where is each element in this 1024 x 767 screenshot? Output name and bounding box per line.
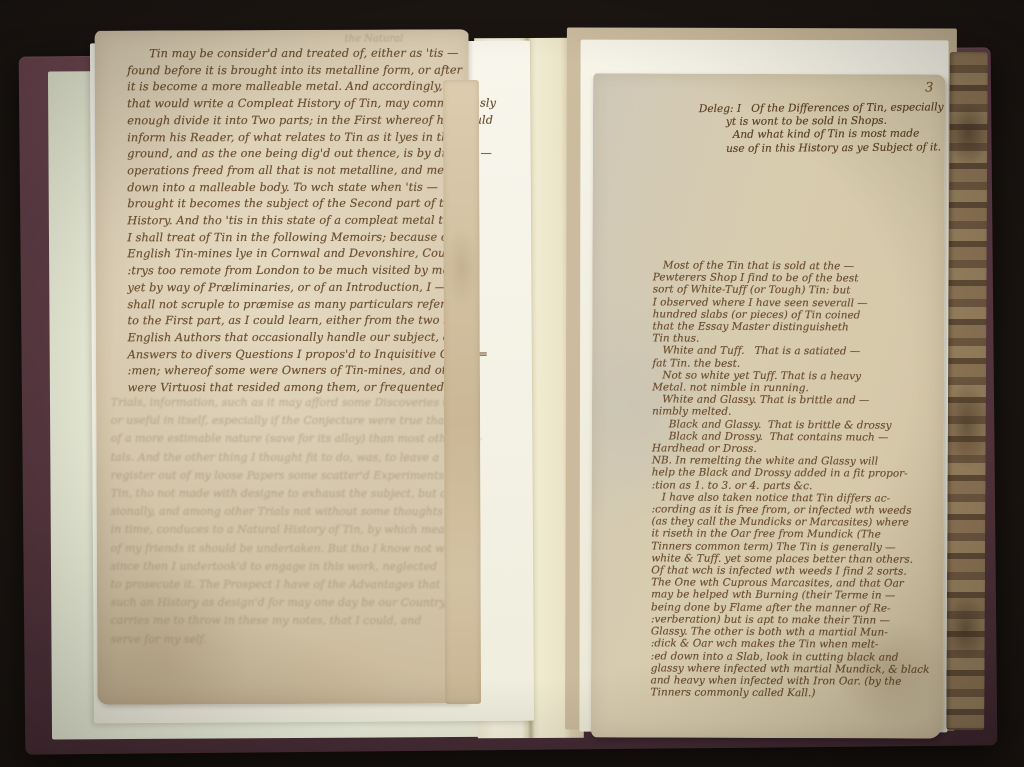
manuscript-line: shall not scruple to præmise as many par…: [127, 296, 463, 313]
manuscript-line: ground, and as the one being dig'd out t…: [127, 146, 463, 163]
manuscript-line: enough divide it into Two parts; in the …: [127, 112, 463, 129]
manuscript-line: since then I undertook'd to engage in th…: [111, 558, 463, 577]
manuscript-line: of my friends it should be undertaken. B…: [111, 539, 463, 558]
manuscript-line: or useful in itself, especially if the C…: [111, 412, 463, 431]
manuscript-line: that would write a Compleat History of T…: [127, 96, 463, 113]
manuscript-line: And what kind of Tin is most made: [699, 128, 949, 143]
manuscript-line: :trys too remote from London to be much …: [127, 263, 463, 280]
left-page-bleedthrough-fragment: the Natural: [345, 33, 475, 45]
manuscript-line: :dick & Oar wch makes the Tin when melt-: [651, 638, 943, 652]
left-page-text: Tin may be consider'd and treated of, ei…: [127, 46, 464, 397]
manuscript-line: :ed down into a Slab, look in cutting bl…: [651, 650, 943, 664]
manuscript-line: Tin, tho not made with designe to exhaus…: [111, 485, 463, 504]
manuscript-line: sionally, and among other Trials not wit…: [111, 503, 463, 522]
manuscript-line: History. And tho 'tis in this state of a…: [127, 213, 463, 230]
manuscript-line: English Authors that occasionally handle…: [128, 330, 464, 347]
right-page-header: Deleg: I Of the Differences of Tin, espe…: [699, 101, 949, 156]
manuscript-line: White and Tuff. That is a satiated —: [652, 345, 944, 359]
manuscript-line: Trials, information, such as it may affo…: [111, 394, 463, 413]
manuscript-line: use of in this History as ye Subject of …: [699, 141, 949, 156]
manuscript-line: it riseth in the Oar free from Mundick (…: [651, 528, 943, 542]
right-manuscript-page: 3 Deleg: I Of the Differences of Tin, es…: [591, 73, 945, 738]
manuscript-line: it is become a more malleable metal. And…: [127, 79, 463, 96]
manuscript-line: down into a malleable body. To wch state…: [127, 179, 463, 196]
manuscript-line: register out of my loose Papers some sca…: [111, 467, 463, 486]
manuscript-line: I shall treat of Tin in the following Me…: [127, 229, 463, 246]
manuscript-line: sort of White-Tuff (or Tough) Tin: but: [653, 284, 945, 298]
manuscript-line: of a more estimable nature (save for its…: [111, 430, 463, 449]
page-number: 3: [925, 81, 933, 96]
manuscript-line: Tin may be consider'd and treated of, ei…: [127, 46, 463, 63]
manuscript-line: in time, conduces to a Natural History o…: [111, 521, 463, 540]
manuscript-line: :men; whereof some were Owners of Tin-mi…: [128, 363, 464, 380]
manuscript-line: operations freed from all that is not me…: [127, 163, 463, 180]
repair-tape-strip: [443, 80, 481, 704]
right-page-body-text: Most of the Tin that is sold at the —Pew…: [651, 259, 945, 700]
manuscript-line: may be helped wth Burning (their Terme i…: [651, 589, 943, 603]
manuscript-line: to the First part, as I could learn, eit…: [128, 313, 464, 330]
page-fore-edge: [946, 52, 988, 730]
manuscript-line: Tinners commonly called Kall.): [651, 686, 943, 700]
manuscript-photo: the Natural Tin may be consider'd and tr…: [0, 0, 1024, 767]
manuscript-line: English Tin-mines lye in Cornwal and Dev…: [127, 246, 463, 263]
manuscript-line: found before it is brought into its meta…: [127, 62, 463, 79]
manuscript-line: nimbly melted.: [652, 406, 944, 420]
left-page-bleedthrough-text: Trials, information, such as it may affo…: [111, 394, 463, 649]
manuscript-line: help the Black and Drossy added in a fit…: [652, 467, 944, 481]
manuscript-line: inform his Reader, of what relates to Ti…: [127, 129, 463, 146]
manuscript-line: such an History as design'd for may one …: [111, 594, 463, 613]
left-manuscript-page: the Natural Tin may be consider'd and tr…: [95, 29, 472, 705]
manuscript-line: to prosecute it. The Prospect I have of …: [111, 576, 463, 595]
manuscript-line: carries me to throw in these my notes, t…: [111, 612, 463, 631]
manuscript-line: tals. And the other thing I thought fit …: [111, 448, 463, 467]
manuscript-line: brought it becomes the subject of the Se…: [127, 196, 463, 213]
manuscript-line: serve for my self.: [111, 630, 463, 649]
manuscript-line: Answers to divers Questions I propos'd t…: [128, 346, 464, 363]
manuscript-line: Deleg: I Of the Differences of Tin, espe…: [699, 101, 949, 116]
manuscript-line: yet by way of Præliminaries, or of an In…: [127, 279, 463, 296]
